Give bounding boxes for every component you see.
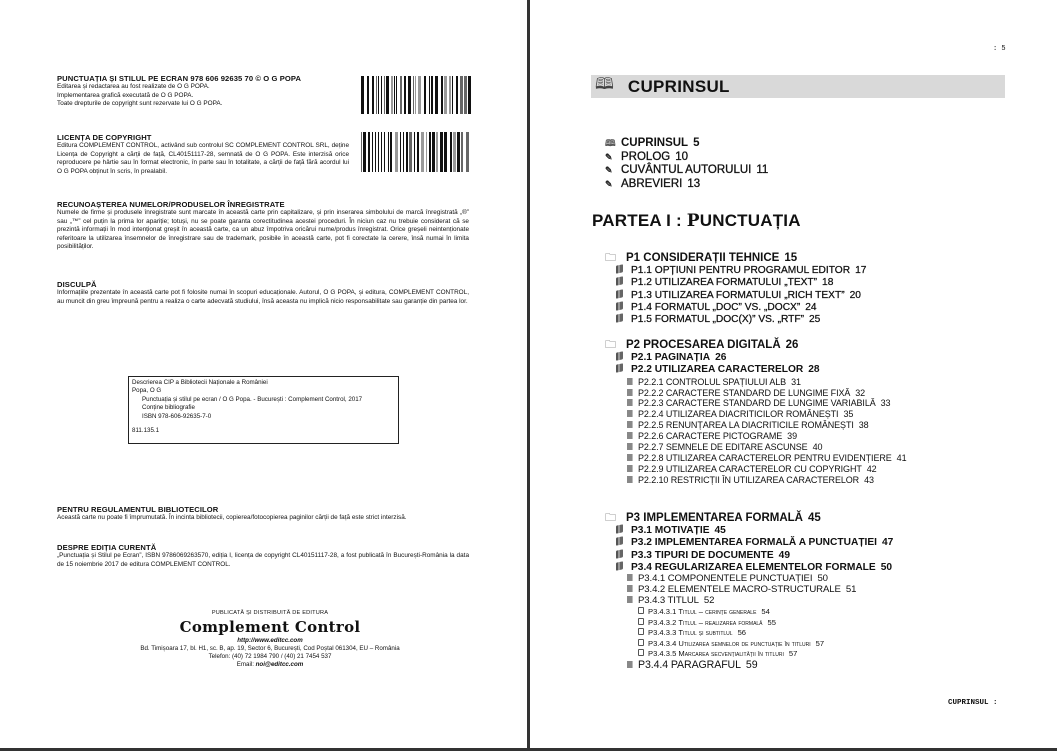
email-label: Email: xyxy=(237,661,256,668)
document-icon xyxy=(627,442,638,453)
book-stack-icon xyxy=(616,290,631,302)
document-icon xyxy=(627,660,638,671)
toc-entry-label: P2.2 UTILIZAREA CARACTERELOR xyxy=(631,364,803,376)
document-icon xyxy=(627,398,638,409)
publisher-email: Email: noi@editcc.com xyxy=(110,661,430,669)
document-icon xyxy=(627,388,638,399)
title-heading: PUNCTUAȚIA ȘI STILUL PE ECRAN 978 606 92… xyxy=(57,74,347,83)
copyright-page: PUNCTUAȚIA ȘI STILUL PE ECRAN 978 606 92… xyxy=(0,0,527,749)
isbn-barcode xyxy=(361,76,471,114)
toc-entry[interactable]: P1.5 FORMATUL „DOC(X)” VS. „RTF”25 xyxy=(605,314,866,326)
toc-entry[interactable]: P2.2 UTILIZAREA CARACTERELOR28 xyxy=(605,364,906,376)
page-icon xyxy=(638,639,648,650)
toc-entry-label: CUPRINSUL xyxy=(621,137,688,151)
toc-entry-label: P3.4.4 PARAGRAFUL xyxy=(638,660,741,671)
toc-entry[interactable]: P3.4.3 TITLUL52 xyxy=(605,596,893,607)
pencil-icon: ✎ xyxy=(605,178,621,192)
book-icon: 🕮 xyxy=(605,137,621,151)
toc-entry-page: 28 xyxy=(808,364,819,376)
toc-entry-label: P2.2.7 SEMNELE DE EDITARE ASCUNSE xyxy=(638,442,808,453)
toc-entry-page: 26 xyxy=(786,339,799,352)
toc-entry-label: P2.2.4 UTILIZAREA DIACRITICILOR ROMÂNEȘT… xyxy=(638,409,838,420)
toc-entry-label: Titlul – realizarea formală xyxy=(678,618,762,629)
toc-entry-label: P3 IMPLEMENTAREA FORMALĂ xyxy=(626,512,803,525)
toc-entry[interactable]: P2.2.4 UTILIZAREA DIACRITICILOR ROMÂNEȘT… xyxy=(605,409,906,420)
publisher-url-link[interactable]: http://www.editcc.com xyxy=(110,637,430,645)
license-heading: LICENȚA DE COPYRIGHT xyxy=(57,133,469,142)
toc-entry-label: P2.2.1 CONTROLUL SPAȚIULUI ALB xyxy=(638,377,786,388)
toc-entry-page: 56 xyxy=(738,628,746,639)
library-section: PENTRU REGULAMENTUL BIBLIOTECILOR Aceast… xyxy=(57,505,469,523)
toc-entry[interactable]: 🗀P1 CONSIDERAȚII TEHNICE15 xyxy=(605,252,866,265)
trademark-text: Numele de firme și produsele înregistrat… xyxy=(57,209,469,252)
toc-entry-label: P1.4 FORMATUL „DOC” VS. „DOCX” xyxy=(631,302,800,314)
cip-line: Descrierea CIP a Bibliotecii Naționale a… xyxy=(132,379,395,387)
document-icon xyxy=(627,453,638,464)
toc-entry[interactable]: P3.4.4 PARAGRAFUL59 xyxy=(605,660,893,671)
disclaimer-text: Informațiile prezentate în această carte… xyxy=(57,289,469,306)
page-icon xyxy=(638,618,648,629)
toc-entry-page: 20 xyxy=(850,290,861,302)
toc-entry-label: P3.1 MOTIVAȚIE xyxy=(631,525,710,537)
toc-entry-page: 45 xyxy=(715,525,726,537)
toc-entry-label: P1 CONSIDERAȚII TEHNICE xyxy=(626,252,779,265)
toc-entry-label: P2.2.9 UTILIZAREA CARACTERELOR CU COPYRI… xyxy=(638,464,862,475)
toc-entry[interactable]: P3.3 TIPURI DE DOCUMENTE49 xyxy=(605,550,893,562)
disclaimer-heading: DISCULPĂ xyxy=(57,280,469,289)
toc-entry[interactable]: P2.2.2 CARACTERE STANDARD DE LUNGIME FIX… xyxy=(605,388,906,399)
front-matter-list: 🕮CUPRINSUL5✎PROLOG10✎CUVÂNTUL AUTORULUI1… xyxy=(605,137,768,191)
toc-entry-label: P1.5 FORMATUL „DOC(X)” VS. „RTF” xyxy=(631,314,804,326)
toc-entry-page: 39 xyxy=(787,431,797,442)
toc-entry[interactable]: ✎CUVÂNTUL AUTORULUI11 xyxy=(605,164,768,178)
toc-entry[interactable]: P2.2.7 SEMNELE DE EDITARE ASCUNSE40 xyxy=(605,442,906,453)
toc-entry[interactable]: P2.2.3 CARACTERE STANDARD DE LUNGIME VAR… xyxy=(605,398,906,409)
toc-entry-label: Titlul și subtitlul xyxy=(678,628,732,639)
toc-entry-page: 31 xyxy=(791,377,801,388)
part-prefix: PARTEA I : xyxy=(592,211,687,230)
cip-classification: 811.135.1 xyxy=(132,427,395,435)
chapter-p2: 🗀P2 PROCESAREA DIGITALĂ26P2.1 PAGINAȚIA2… xyxy=(605,339,906,486)
toc-entry-label: P1.2 UTILIZAREA FORMATULUI „TEXT” xyxy=(631,277,817,289)
toc-entry-page: 59 xyxy=(746,660,758,671)
toc-entry-page: 54 xyxy=(761,607,769,618)
license-text: Editura COMPLEMENT CONTROL, activând sub… xyxy=(57,142,349,176)
book-stack-icon xyxy=(616,525,631,537)
publisher-block: PUBLICATĂ ȘI DISTRIBUITĂ DE EDITURA Comp… xyxy=(110,609,430,669)
toc-entry-page: 43 xyxy=(864,475,874,486)
drop-initial: P xyxy=(687,211,700,231)
book-stack-icon xyxy=(616,352,631,364)
toc-entry[interactable]: P3.1 MOTIVAȚIE45 xyxy=(605,525,893,537)
page-icon xyxy=(638,607,648,618)
toc-entry-label: ABREVIERI xyxy=(621,178,682,192)
toc-entry-label: P3.3 TIPURI DE DOCUMENTE xyxy=(631,550,774,562)
toc-entry-page: 13 xyxy=(687,178,700,192)
toc-entry[interactable]: P1.4 FORMATUL „DOC” VS. „DOCX”24 xyxy=(605,302,866,314)
credit-line: Toate drepturile de copyright sunt rezer… xyxy=(57,100,347,109)
document-icon xyxy=(627,464,638,475)
folder-icon: 🗀 xyxy=(605,339,626,352)
toc-entry-page: 47 xyxy=(882,537,893,549)
publisher-phone: Telefon: (40) 72 1984 790 / (40) 21 7454… xyxy=(110,653,430,661)
book-stack-icon xyxy=(616,302,631,314)
toc-entry[interactable]: P3.2 IMPLEMENTAREA FORMALĂ A PUNCTUAȚIEI… xyxy=(605,537,893,549)
toc-banner: 🕮 CUPRINSUL xyxy=(591,75,1005,98)
toc-entry-label: P2.2.2 CARACTERE STANDARD DE LUNGIME FIX… xyxy=(638,388,850,399)
toc-entry-number: P3.4.3.2 xyxy=(648,618,676,629)
trademark-section: RECUNOAȘTEREA NUMELOR/PRODUSELOR ÎNREGIS… xyxy=(57,200,469,252)
toc-entry[interactable]: 🗀P2 PROCESAREA DIGITALĂ26 xyxy=(605,339,906,352)
toc-entry[interactable]: P1.1 OPȚIUNI PENTRU PROGRAMUL EDITOR17 xyxy=(605,265,866,277)
part-name: UNCTUAȚIA xyxy=(700,211,801,230)
cip-description-box: Descrierea CIP a Bibliotecii Naționale a… xyxy=(128,376,399,444)
toc-entry-page: 15 xyxy=(784,252,797,265)
toc-entry-page: 18 xyxy=(822,277,833,289)
disclaimer-section: DISCULPĂ Informațiile prezentate în acea… xyxy=(57,280,469,306)
toc-entry-page: 50 xyxy=(881,562,892,574)
toc-entry[interactable]: P2.2.1 CONTROLUL SPAȚIULUI ALB31 xyxy=(605,377,906,388)
toc-entry[interactable]: P2.1 PAGINAȚIA26 xyxy=(605,352,906,364)
toc-entry-label: P2.2.10 RESTRICȚII ÎN UTILIZAREA CARACTE… xyxy=(638,475,859,486)
toc-entry-page: 52 xyxy=(704,596,714,607)
toc-entry-page: 38 xyxy=(859,420,869,431)
toc-entry-page: 17 xyxy=(855,265,866,277)
book-stack-icon xyxy=(616,562,631,574)
book-icon: 🕮 xyxy=(595,73,614,100)
toc-entry-page: 42 xyxy=(867,464,877,475)
toc-entry-label: P2 PROCESAREA DIGITALĂ xyxy=(626,339,781,352)
pencil-icon: ✎ xyxy=(605,151,621,165)
toc-entry-number: P3.4.3.1 xyxy=(648,607,676,618)
toc-entry-page: 32 xyxy=(855,388,865,399)
trademark-heading: RECUNOAȘTEREA NUMELOR/PRODUSELOR ÎNREGIS… xyxy=(57,200,469,209)
chapter-p3: 🗀P3 IMPLEMENTAREA FORMALĂ45P3.1 MOTIVAȚI… xyxy=(605,512,893,671)
toc-entry-page: 51 xyxy=(846,585,856,596)
document-icon xyxy=(627,420,638,431)
document-icon xyxy=(627,377,638,388)
toc-entry-label: P2.2.5 RENUNȚAREA LA DIACRITICILE ROMÂNE… xyxy=(638,420,854,431)
toc-entry-page: 24 xyxy=(805,302,816,314)
toc-entry-page: 33 xyxy=(881,398,891,409)
email-link[interactable]: noi@editcc.com xyxy=(256,661,304,668)
toc-entry-label: P2.2.8 UTILIZAREA CARACTERELOR PENTRU EV… xyxy=(638,453,892,464)
cip-author: Popa, O G xyxy=(132,387,395,395)
document-icon xyxy=(627,596,638,607)
toc-entry[interactable]: 🕮CUPRINSUL5 xyxy=(605,137,768,151)
toc-entry-label: P1.3 UTILIZAREA FORMATULUI „RICH TEXT” xyxy=(631,290,845,302)
document-icon xyxy=(627,475,638,486)
part-title: PARTEA I : PUNCTUAȚIA xyxy=(592,211,801,231)
toc-entry-page: 25 xyxy=(809,314,820,326)
title-block: PUNCTUAȚIA ȘI STILUL PE ECRAN 978 606 92… xyxy=(57,74,347,109)
publisher-logo: Complement Control xyxy=(110,617,430,637)
publisher-address: Bd. Timișoara 17, bl. H1, sc. B, ap. 19,… xyxy=(110,645,430,653)
toc-entry-label: P3.2 IMPLEMENTAREA FORMALĂ A PUNCTUAȚIEI xyxy=(631,537,877,549)
cip-bibliography: Conține bibliografie xyxy=(132,404,395,412)
cip-title: Punctuația și stilul pe ecran / O G Popa… xyxy=(132,396,395,404)
toc-entry[interactable]: P1.3 UTILIZAREA FORMATULUI „RICH TEXT”20 xyxy=(605,290,866,302)
toc-entry-label: P2.2.3 CARACTERE STANDARD DE LUNGIME VAR… xyxy=(638,398,876,409)
toc-entry-page: 45 xyxy=(808,512,821,525)
cip-isbn: ISBN 978-606-92635-7-0 xyxy=(132,413,395,421)
toc-entry-page: 40 xyxy=(813,442,823,453)
book-stack-icon xyxy=(616,550,631,562)
folder-icon: 🗀 xyxy=(605,252,626,265)
toc-entry-label: Titlul – cerințe generale xyxy=(678,607,756,618)
license-section: LICENȚA DE COPYRIGHT Editura COMPLEMENT … xyxy=(57,133,469,176)
toc-entry[interactable]: 🗀P3 IMPLEMENTAREA FORMALĂ45 xyxy=(605,512,893,525)
document-icon xyxy=(627,431,638,442)
toc-entry-label: P1.1 OPȚIUNI PENTRU PROGRAMUL EDITOR xyxy=(631,265,850,277)
edition-heading: DESPRE EDIȚIA CURENTĂ xyxy=(57,543,469,552)
book-stack-icon xyxy=(616,277,631,289)
book-stack-icon xyxy=(616,537,631,549)
book-stack-icon xyxy=(616,265,631,277)
toc-entry[interactable]: P3.4.3.3 Titlul și subtitlul56 xyxy=(605,628,893,639)
toc-entry-label: P3.4.3 TITLUL xyxy=(638,596,699,607)
toc-entry-page: 10 xyxy=(675,151,688,165)
toc-entry[interactable]: P2.2.6 CARACTERE PICTOGRAME39 xyxy=(605,431,906,442)
toc-entry-number: P3.4.3.3 xyxy=(648,628,676,639)
toc-entry[interactable]: ✎PROLOG10 xyxy=(605,151,768,165)
toc-entry-page: 5 xyxy=(693,137,699,151)
toc-entry-label: P2.2.6 CARACTERE PICTOGRAME xyxy=(638,431,782,442)
toc-entry[interactable]: P2.2.5 RENUNȚAREA LA DIACRITICILE ROMÂNE… xyxy=(605,420,906,431)
toc-entry-page: 57 xyxy=(789,649,797,660)
toc-entry-label: CUVÂNTUL AUTORULUI xyxy=(621,164,751,178)
toc-entry-page: 49 xyxy=(779,550,790,562)
toc-entry[interactable]: P2.2.10 RESTRICȚII ÎN UTILIZAREA CARACTE… xyxy=(605,475,906,486)
toc-entry-page: 26 xyxy=(715,352,726,364)
document-icon xyxy=(627,409,638,420)
edition-text: „Punctuația și Stilul pe Ecran”, ISBN 97… xyxy=(57,552,469,569)
book-stack-icon xyxy=(616,314,631,326)
toc-entry[interactable]: P3.4.3.4 Utilizarea semnelor de punctuaț… xyxy=(605,639,893,650)
credit-line: Implementarea grafică executată de O G P… xyxy=(57,92,347,101)
document-icon xyxy=(627,585,638,596)
toc-entry-page: 35 xyxy=(843,409,853,420)
chapter-p1: 🗀P1 CONSIDERAȚII TEHNICE15P1.1 OPȚIUNI P… xyxy=(605,252,866,326)
toc-title: CUPRINSUL xyxy=(628,77,730,97)
toc-entry-page: 55 xyxy=(768,618,776,629)
toc-entry-label: PROLOG xyxy=(621,151,670,165)
toc-entry-number: P3.4.3.4 xyxy=(648,639,676,650)
toc-entry[interactable]: P3.4.3.2 Titlul – realizarea formală55 xyxy=(605,618,893,629)
running-footer: CUPRINSUL : xyxy=(948,699,998,707)
page-number: : 5 xyxy=(993,45,1006,53)
library-heading: PENTRU REGULAMENTUL BIBLIOTECILOR xyxy=(57,505,469,514)
library-text: Această carte nu poate fi împrumutată. Î… xyxy=(57,514,469,523)
toc-entry-page: 57 xyxy=(816,639,824,650)
toc-entry-label: P2.1 PAGINAȚIA xyxy=(631,352,710,364)
toc-entry-page: 11 xyxy=(756,164,768,178)
edition-section: DESPRE EDIȚIA CURENTĂ „Punctuația și Sti… xyxy=(57,543,469,569)
folder-icon: 🗀 xyxy=(605,512,626,525)
toc-entry[interactable]: P1.2 UTILIZAREA FORMATULUI „TEXT”18 xyxy=(605,277,866,289)
page-icon xyxy=(638,628,648,639)
toc-entry[interactable]: P2.2.8 UTILIZAREA CARACTERELOR PENTRU EV… xyxy=(605,453,906,464)
toc-entry-page: 41 xyxy=(897,453,907,464)
book-stack-icon xyxy=(616,364,631,376)
pencil-icon: ✎ xyxy=(605,164,621,178)
publisher-caption: PUBLICATĂ ȘI DISTRIBUITĂ DE EDITURA xyxy=(110,609,430,617)
toc-entry[interactable]: P2.2.9 UTILIZAREA CARACTERELOR CU COPYRI… xyxy=(605,464,906,475)
toc-entry[interactable]: ✎ABREVIERI13 xyxy=(605,178,768,192)
toc-entry-label: Utilizarea semnelor de punctuație în tit… xyxy=(678,639,810,650)
toc-entry[interactable]: P3.4.3.1 Titlul – cerințe generale54 xyxy=(605,607,893,618)
credit-line: Editarea și redactarea au fost realizate… xyxy=(57,83,347,92)
document-icon xyxy=(627,574,638,585)
